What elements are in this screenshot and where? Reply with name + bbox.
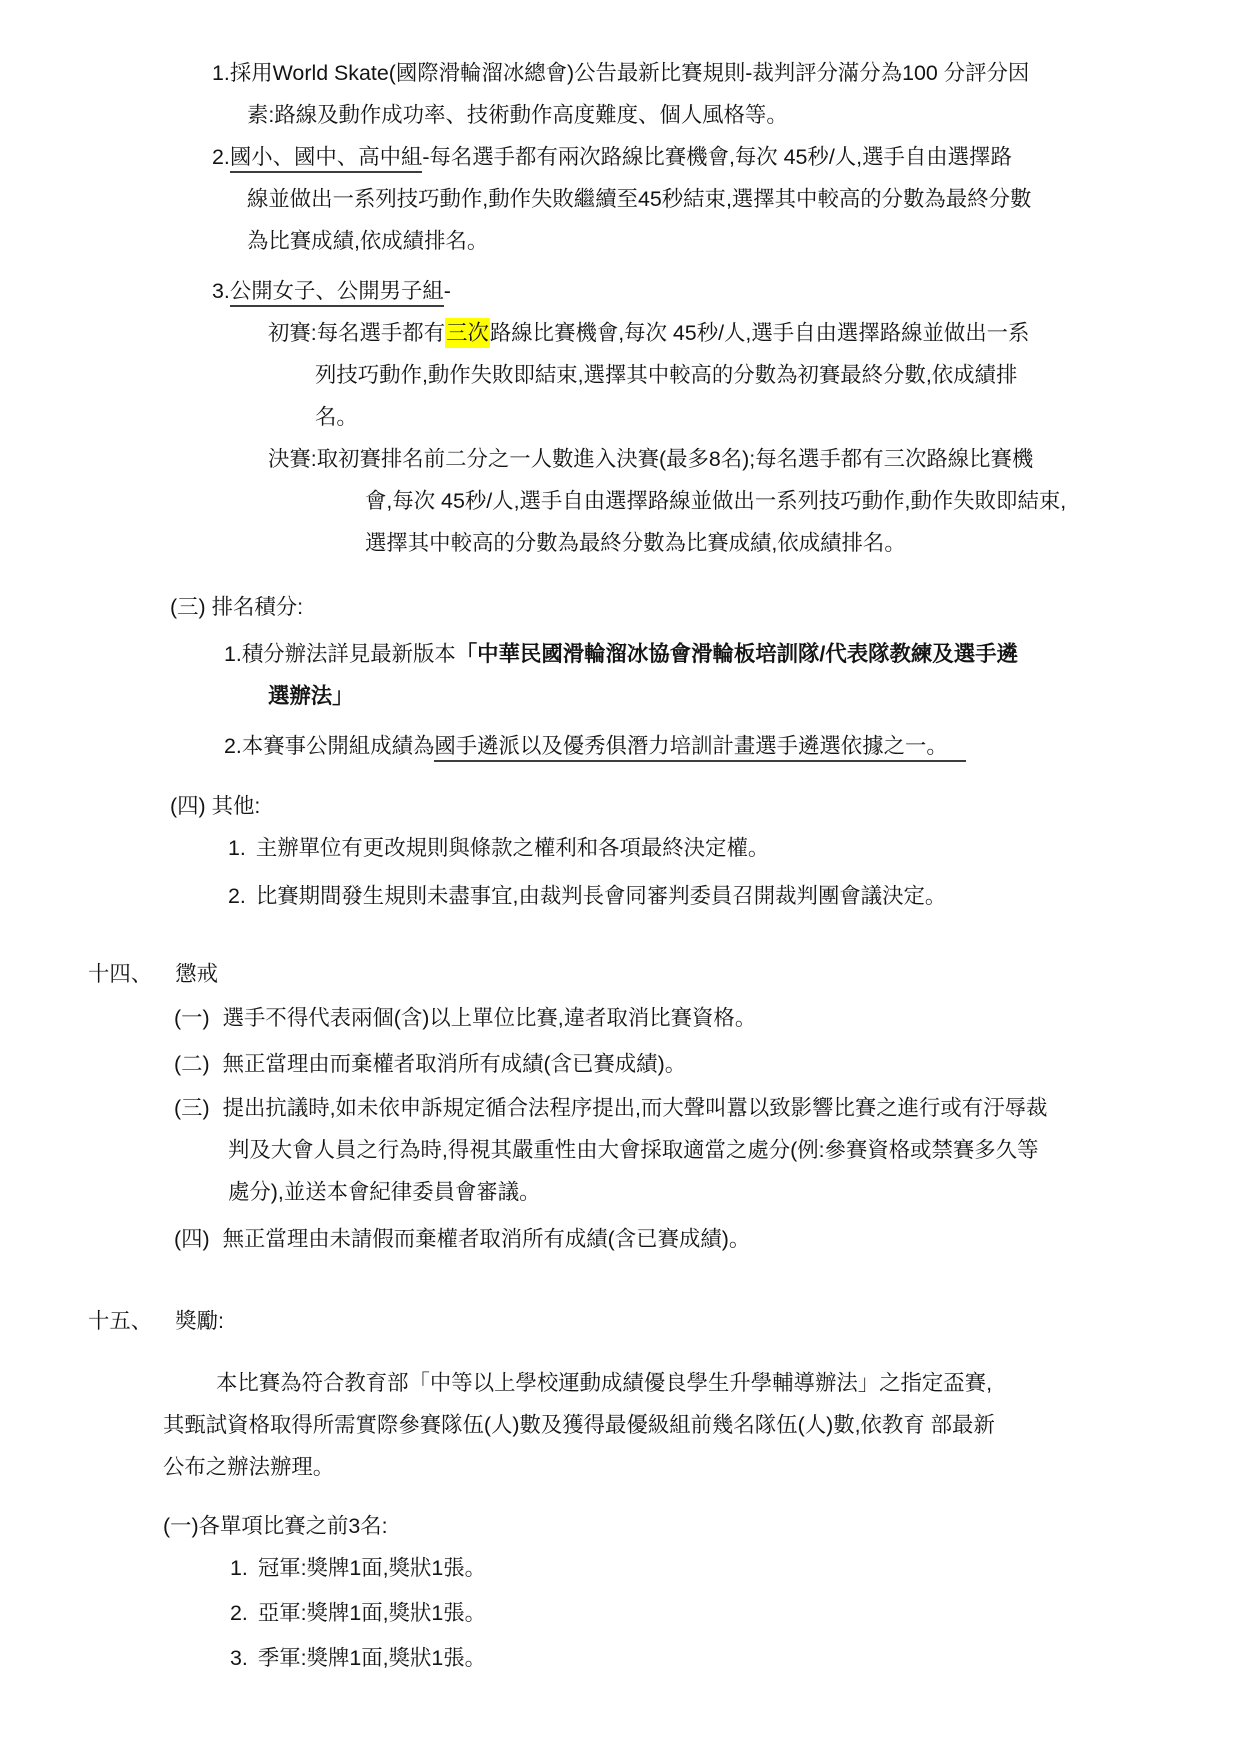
discipline-item-4: (四)無正當理由未請假而棄權者取消所有成績(含已賽成績)。 <box>174 1218 1241 1260</box>
other-item-1: 1.主辦單位有更改規則與條款之權利和各項最終決定權。 <box>228 827 1241 869</box>
subsection-3-header: (三) 排名積分: <box>170 586 1241 628</box>
rule-item-1-line-1: 1.採用World Skate(國際滑輪溜冰總會)公告最新比賽規則-裁判評分滿分… <box>212 52 1241 94</box>
round-label: 初賽: <box>268 321 317 345</box>
ranking-item-1-line-2: 選辦法」 <box>268 675 1241 717</box>
award-item-runner-up: 2.亞軍:獎牌1面,獎狀1張。 <box>230 1592 1241 1634</box>
item-label: (一) <box>174 1006 210 1030</box>
text-segment: 亞軍:獎牌1面,獎狀1張。 <box>258 1601 486 1625</box>
list-marker: 1. <box>230 1556 248 1580</box>
preliminary-round-line-2: 列技巧動作,動作失敗即結束,選擇其中較高的分數為初賽最終分數,依成績排 <box>315 354 1241 396</box>
preliminary-round-line-3: 名。 <box>315 396 1241 438</box>
round-label: 決賽: <box>268 447 317 471</box>
award-item-champion: 1.冠軍:獎牌1面,獎狀1張。 <box>230 1547 1241 1589</box>
rule-item-3-header: 3.公開女子、公開男子組- <box>212 270 1241 312</box>
underlined-text: 國小、國中、高中組 <box>230 145 423 173</box>
text-segment: - <box>444 279 451 303</box>
discipline-item-3-line-2: 判及大會人員之行為時,得視其嚴重性由大會採取適當之處分(例:參賽資格或禁賽多久等 <box>228 1129 1241 1171</box>
text-segment: 無正當理由而棄權者取消所有成績(含已賽成績)。 <box>223 1052 686 1076</box>
discipline-item-2: (二)無正當理由而棄權者取消所有成績(含已賽成績)。 <box>174 1043 1241 1085</box>
section-title: 獎勵: <box>175 1309 224 1333</box>
text-segment: 積分辦法詳見最新版本 <box>242 642 456 666</box>
underlined-text: 公開女子、公開男子組 <box>230 279 444 307</box>
section-number: 十五、 <box>88 1309 152 1333</box>
text-segment: 提出抗議時,如未依申訴規定循合法程序提出,而大聲叫囂以致影響比賽之進行或有汙辱裁 <box>223 1096 1048 1120</box>
list-marker: 2. <box>228 884 246 908</box>
document-page: 1.採用World Skate(國際滑輪溜冰總會)公告最新比賽規則-裁判評分滿分… <box>0 0 1241 1755</box>
rule-item-2-line-3: 為比賽成績,依成績排名。 <box>247 220 1241 262</box>
text-segment: 無正當理由未請假而棄權者取消所有成績(含已賽成績)。 <box>223 1227 751 1251</box>
underlined-text: 國手遴派以及優秀俱潛力培訓計畫選手遴選依據之一。 <box>434 734 965 762</box>
preliminary-round-line-1: 初賽:每名選手都有三次路線比賽機會,每次 45秒/人,選手自由選擇路線並做出一系 <box>268 312 1241 354</box>
text-segment: 選手不得代表兩個(含)以上單位比賽,違者取消比賽資格。 <box>223 1006 757 1030</box>
text-segment: 比賽期間發生規則未盡事宜,由裁判長會同審判委員召開裁判團會議決定。 <box>256 884 946 908</box>
final-round-line-1: 決賽:取初賽排名前二分之一人數進入決賽(最多8名);每名選手都有三次路線比賽機 <box>268 438 1241 480</box>
discipline-item-3-line-1: (三)提出抗議時,如未依申訴規定循合法程序提出,而大聲叫囂以致影響比賽之進行或有… <box>174 1087 1241 1129</box>
discipline-item-3-line-3: 處分),並送本會紀律委員會審議。 <box>228 1171 1241 1213</box>
ranking-item-2: 2.本賽事公開組成績為國手遴派以及優秀俱潛力培訓計畫選手遴選依據之一。 <box>224 725 1241 767</box>
list-marker: 2. <box>230 1601 248 1625</box>
text-segment: 主辦單位有更改規則與條款之權利和各項最終決定權。 <box>256 836 769 860</box>
rule-item-1-line-2: 素:路線及動作成功率、技術動作高度難度、個人風格等。 <box>247 94 1241 136</box>
text-segment: 取初賽排名前二分之一人數進入決賽(最多8名);每名選手都有三次路線比賽機 <box>317 447 1034 471</box>
rule-item-2-line-2: 線並做出一系列技巧動作,動作失敗繼續至45秒結束,選擇其中較高的分數為最終分數 <box>247 178 1241 220</box>
award-item-third-place: 3.季軍:獎牌1面,獎狀1張。 <box>230 1637 1241 1679</box>
other-item-2: 2.比賽期間發生規則未盡事宜,由裁判長會同審判委員召開裁判團會議決定。 <box>228 875 1241 917</box>
award-paragraph-line-2: 其甄試資格取得所需實際參賽隊伍(人)數及獲得最優級組前幾名隊伍(人)數,依教育 … <box>163 1404 1241 1446</box>
award-paragraph-line-1: 本比賽為符合教育部「中等以上學校運動成績優良學生升學輔導辦法」之指定盃賽, <box>216 1362 1241 1404</box>
list-marker: 3. <box>212 279 230 303</box>
list-marker: 1. <box>212 61 230 85</box>
list-marker: 3. <box>230 1646 248 1670</box>
final-round-line-2: 會,每次 45秒/人,選手自由選擇路線並做出一系列技巧動作,動作失敗即結束, <box>365 480 1241 522</box>
section-14-header: 十四、懲戒 <box>88 953 1241 995</box>
section-15-header: 十五、獎勵: <box>88 1300 1241 1342</box>
text-segment: 採用World Skate(國際滑輪溜冰總會)公告最新比賽規則-裁判評分滿分為1… <box>230 61 1029 85</box>
text-segment: -每名選手都有兩次路線比賽機會,每次 45秒/人,選手自由選擇路 <box>422 145 1011 169</box>
final-round-line-3: 選擇其中較高的分數為最終分數為比賽成績,依成績排名。 <box>365 522 1241 564</box>
award-subsection-header: (一)各單項比賽之前3名: <box>163 1505 1241 1547</box>
item-label: (四) <box>174 1227 210 1251</box>
item-label: (三) <box>174 1096 210 1120</box>
text-segment: 路線比賽機會,每次 45秒/人,選手自由選擇路線並做出一系 <box>490 321 1030 345</box>
ranking-item-1-line-1: 1.積分辦法詳見最新版本「中華民國滑輪溜冰協會滑輪板培訓隊/代表隊教練及選手遴 <box>224 633 1241 675</box>
discipline-item-1: (一)選手不得代表兩個(含)以上單位比賽,違者取消比賽資格。 <box>174 997 1241 1039</box>
text-segment: 冠軍:獎牌1面,獎狀1張。 <box>258 1556 486 1580</box>
list-marker: 2. <box>224 734 242 758</box>
award-paragraph-line-3: 公布之辦法辦理。 <box>163 1446 1241 1488</box>
list-marker: 1. <box>228 836 246 860</box>
text-segment: 季軍:獎牌1面,獎狀1張。 <box>258 1646 486 1670</box>
section-number: 十四、 <box>88 962 152 986</box>
list-marker: 1. <box>224 642 242 666</box>
bold-text: 「中華民國滑輪溜冰協會滑輪板培訓隊/代表隊教練及選手遴 <box>456 642 1018 666</box>
subsection-4-header: (四) 其他: <box>170 785 1241 827</box>
text-segment: 本賽事公開組成績為 <box>242 734 435 758</box>
section-title: 懲戒 <box>175 962 218 986</box>
item-label: (二) <box>174 1052 210 1076</box>
list-marker: 2. <box>212 145 230 169</box>
rule-item-2-line-1: 2.國小、國中、高中組-每名選手都有兩次路線比賽機會,每次 45秒/人,選手自由… <box>212 136 1241 178</box>
text-segment: 每名選手都有 <box>317 321 445 345</box>
highlighted-text: 三次 <box>445 318 490 348</box>
